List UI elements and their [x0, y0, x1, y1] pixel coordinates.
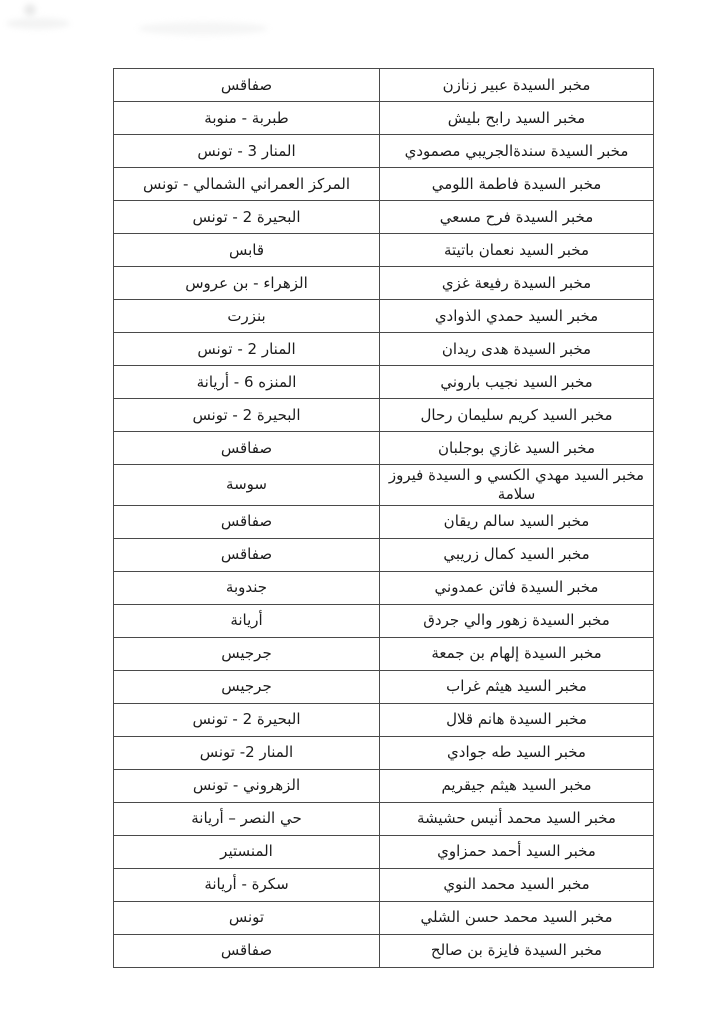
location-cell: البحيرة 2 - تونس — [114, 399, 380, 432]
location-cell: المنستير — [114, 835, 380, 868]
table-row: مخبر السيدة فاطمة اللوميالمركز العمراني … — [114, 168, 654, 201]
table-row: مخبر السيد حمدي الذواديبنزرت — [114, 300, 654, 333]
location-cell: جرجيس — [114, 637, 380, 670]
scan-artifact — [138, 22, 268, 35]
location-cell: طبربة - منوبة — [114, 102, 380, 135]
location-cell: المنزه 6 - أريانة — [114, 366, 380, 399]
location-cell: جرجيس — [114, 670, 380, 703]
location-cell: الزهروني - تونس — [114, 769, 380, 802]
table-row: مخبر السيدة هدى ريدانالمنار 2 - تونس — [114, 333, 654, 366]
table-row: مخبر السيدة هانم قلالالبحيرة 2 - تونس — [114, 703, 654, 736]
lab-name-cell: مخبر السيد غازي بوجلبان — [380, 432, 654, 465]
lab-name-cell: مخبر السيدة فرح مسعي — [380, 201, 654, 234]
table-row: مخبر السيد أحمد حمزاويالمنستير — [114, 835, 654, 868]
lab-name-cell: مخبر السيدة رفيعة غزي — [380, 267, 654, 300]
lab-name-cell: مخبر السيدة سندةالجريبي مصمودي — [380, 135, 654, 168]
lab-name-cell: مخبر السيد هيثم غراب — [380, 670, 654, 703]
lab-name-cell: مخبر السيدة إلهام بن جمعة — [380, 637, 654, 670]
lab-name-cell: مخبر السيدة عبير زنازن — [380, 69, 654, 102]
lab-name-cell: مخبر السيد نجيب باروني — [380, 366, 654, 399]
location-cell: سكرة - أريانة — [114, 868, 380, 901]
table-row: مخبر السيد مهدي الكسي و السيدة فيروز سلا… — [114, 465, 654, 506]
table-row: مخبر السيد طه جواديالمنار 2- تونس — [114, 736, 654, 769]
location-cell: تونس — [114, 901, 380, 934]
lab-name-cell: مخبر السيد محمد حسن الشلي — [380, 901, 654, 934]
lab-name-cell: مخبر السيدة فايزة بن صالح — [380, 934, 654, 967]
table-row: مخبر السيد هيثم جيقريمالزهروني - تونس — [114, 769, 654, 802]
location-cell: بنزرت — [114, 300, 380, 333]
location-cell: صفاقس — [114, 538, 380, 571]
location-cell: الزهراء - بن عروس — [114, 267, 380, 300]
location-cell: صفاقس — [114, 432, 380, 465]
lab-name-cell: مخبر السيد أحمد حمزاوي — [380, 835, 654, 868]
table-row: مخبر السيدة عبير زنازنصفاقس — [114, 69, 654, 102]
table-row: مخبر السيد هيثم غرابجرجيس — [114, 670, 654, 703]
table-row: مخبر السيد محمد أنيس حشيشةحي النصر – أري… — [114, 802, 654, 835]
location-cell: المنار 2- تونس — [114, 736, 380, 769]
table-row: مخبر السيدة سندةالجريبي مصموديالمنار 3 -… — [114, 135, 654, 168]
lab-name-cell: مخبر السيد سالم ريقان — [380, 505, 654, 538]
table-row: مخبر السيدة فرح مسعيالبحيرة 2 - تونس — [114, 201, 654, 234]
location-cell: جندوبة — [114, 571, 380, 604]
location-cell: المنار 3 - تونس — [114, 135, 380, 168]
table-row: مخبر السيد كريم سليمان رحالالبحيرة 2 - ت… — [114, 399, 654, 432]
lab-name-cell: مخبر السيدة هانم قلال — [380, 703, 654, 736]
location-cell: سوسة — [114, 465, 380, 506]
table-row: مخبر السيدة زهور والي جردقأريانة — [114, 604, 654, 637]
table-row: مخبر السيد رابح بليشطبربة - منوبة — [114, 102, 654, 135]
lab-table-body: مخبر السيدة عبير زنازنصفاقسمخبر السيد را… — [114, 69, 654, 968]
lab-name-cell: مخبر السيد محمد أنيس حشيشة — [380, 802, 654, 835]
lab-name-cell: مخبر السيد هيثم جيقريم — [380, 769, 654, 802]
table-row: مخبر السيد كمال زريبيصفاقس — [114, 538, 654, 571]
table-row: مخبر السيد نجيب بارونيالمنزه 6 - أريانة — [114, 366, 654, 399]
location-cell: أريانة — [114, 604, 380, 637]
table-row: مخبر السيد محمد حسن الشليتونس — [114, 901, 654, 934]
lab-name-cell: مخبر السيدة زهور والي جردق — [380, 604, 654, 637]
location-cell: المركز العمراني الشمالي - تونس — [114, 168, 380, 201]
table-row: مخبر السيد نعمان باتيتةقابس — [114, 234, 654, 267]
table-row: مخبر السيدة فايزة بن صالحصفاقس — [114, 934, 654, 967]
table-row: مخبر السيدة فاتن عمدونيجندوبة — [114, 571, 654, 604]
location-cell: صفاقس — [114, 934, 380, 967]
lab-name-cell: مخبر السيد رابح بليش — [380, 102, 654, 135]
location-cell: حي النصر – أريانة — [114, 802, 380, 835]
location-cell: صفاقس — [114, 505, 380, 538]
lab-name-cell: مخبر السيدة فاطمة اللومي — [380, 168, 654, 201]
scan-artifact — [24, 4, 36, 16]
lab-name-cell: مخبر السيد محمد النوي — [380, 868, 654, 901]
lab-name-cell: مخبر السيد مهدي الكسي و السيدة فيروز سلا… — [380, 465, 654, 506]
lab-name-cell: مخبر السيدة فاتن عمدوني — [380, 571, 654, 604]
lab-name-cell: مخبر السيد طه جوادي — [380, 736, 654, 769]
table-row: مخبر السيد غازي بوجلبانصفاقس — [114, 432, 654, 465]
location-cell: البحيرة 2 - تونس — [114, 201, 380, 234]
lab-name-cell: مخبر السيد كريم سليمان رحال — [380, 399, 654, 432]
location-cell: صفاقس — [114, 69, 380, 102]
lab-name-cell: مخبر السيدة هدى ريدان — [380, 333, 654, 366]
scan-artifact — [6, 18, 70, 29]
lab-name-cell: مخبر السيد حمدي الذوادي — [380, 300, 654, 333]
scanned-page: مخبر السيدة عبير زنازنصفاقسمخبر السيد را… — [0, 0, 724, 1024]
location-cell: البحيرة 2 - تونس — [114, 703, 380, 736]
table-row: مخبر السيد سالم ريقانصفاقس — [114, 505, 654, 538]
table-row: مخبر السيدة إلهام بن جمعةجرجيس — [114, 637, 654, 670]
labs-locations-table: مخبر السيدة عبير زنازنصفاقسمخبر السيد را… — [113, 68, 654, 968]
lab-name-cell: مخبر السيد نعمان باتيتة — [380, 234, 654, 267]
table-row: مخبر السيد محمد النويسكرة - أريانة — [114, 868, 654, 901]
table-row: مخبر السيدة رفيعة غزيالزهراء - بن عروس — [114, 267, 654, 300]
location-cell: المنار 2 - تونس — [114, 333, 380, 366]
lab-name-cell: مخبر السيد كمال زريبي — [380, 538, 654, 571]
location-cell: قابس — [114, 234, 380, 267]
